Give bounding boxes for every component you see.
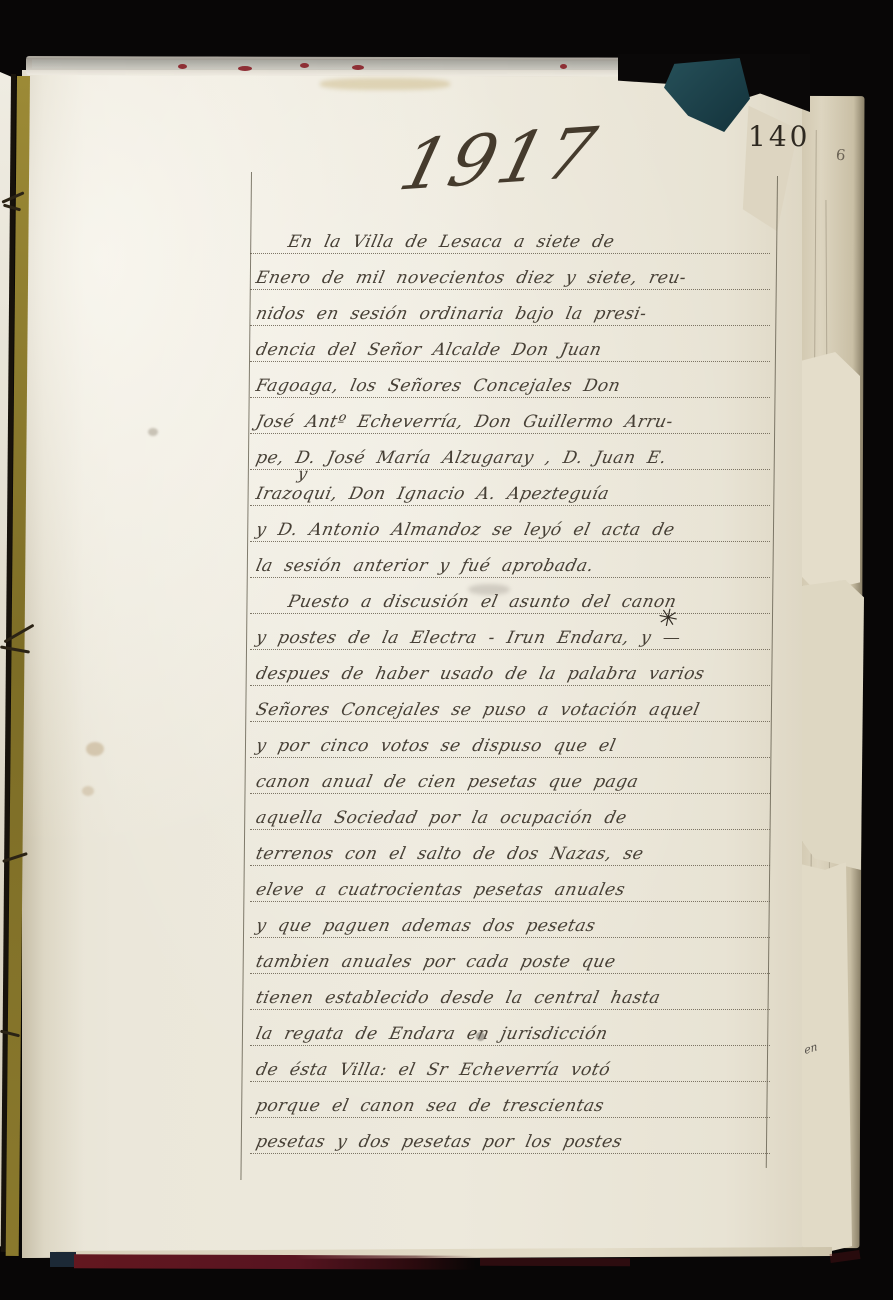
- handwritten-text: Señores Concejales se puso a votación aq…: [254, 700, 702, 720]
- manuscript-line: nidos en sesión ordinaria bajo la presi-: [250, 290, 770, 326]
- paper-stain: [148, 428, 158, 436]
- manuscript-line: José Antº Echeverría, Don Guillermo Arru…: [250, 398, 770, 434]
- paper-stain: [82, 786, 94, 796]
- cover-corner-navy: [50, 1252, 76, 1267]
- handwritten-text: tienen establecido desde la central hast…: [254, 988, 662, 1008]
- manuscript-line: Enero de mil novecientos diez y siete, r…: [250, 254, 770, 290]
- cover-edge-maroon: [830, 1250, 861, 1263]
- photo-backdrop: 140 1917 En la Villa de Lesaca a siete d…: [0, 0, 893, 1300]
- ink-smudge: [468, 584, 510, 595]
- manuscript-line: eleve a cuatrocientas pesetas anuales: [250, 866, 770, 902]
- handwritten-text: Puesto a discusión el asunto del canon: [286, 592, 678, 612]
- handwritten-text: aquella Sociedad por la ocupación de: [254, 808, 629, 828]
- cover-red-speck: [178, 64, 187, 69]
- handwritten-text: la sesión anterior y fué aprobada.: [254, 556, 596, 576]
- cover-red-speck: [300, 63, 309, 68]
- folio-number: 140: [748, 120, 810, 153]
- manuscript-text-block: En la Villa de Lesaca a siete de Enero d…: [250, 218, 770, 1154]
- handwritten-text: nidos en sesión ordinaria bajo la presi-: [254, 304, 649, 324]
- handwritten-text: la regata de Endara en jurisdicción: [254, 1024, 610, 1044]
- manuscript-line: terrenos con el salto de dos Nazas, se: [250, 830, 770, 866]
- handwritten-text: En la Villa de Lesaca a siete de: [286, 232, 616, 252]
- manuscript-line: la regata de Endara en jurisdicción: [250, 1010, 770, 1046]
- manuscript-line: pesetas y dos pesetas por los postes: [250, 1118, 770, 1154]
- cover-red-speck: [238, 66, 252, 71]
- handwritten-text: despues de haber usado de la palabra var…: [254, 664, 706, 684]
- manuscript-line: porque el canon sea de trescientas: [250, 1082, 770, 1118]
- handwritten-text: José Antº Echeverría, Don Guillermo Arru…: [254, 412, 675, 432]
- handwritten-text: Irazoqui, Don Ignacio A. Apezteguía: [254, 484, 611, 504]
- page-edge-tab: [802, 580, 864, 870]
- cover-edge-maroon: [480, 1258, 630, 1267]
- cover-edge-maroon: [74, 1254, 476, 1269]
- page-edge-tab: [798, 352, 860, 592]
- handwritten-text: Fagoaga, los Señores Concejales Don: [254, 376, 622, 396]
- manuscript-line: y que paguen ademas dos pesetas: [250, 902, 770, 938]
- handwritten-text: pesetas y dos pesetas por los postes: [254, 1132, 624, 1152]
- manuscript-line: aquella Sociedad por la ocupación de: [250, 794, 770, 830]
- handwritten-text: y por cinco votos se dispuso que el: [254, 736, 618, 756]
- manuscript-line: despues de haber usado de la palabra var…: [250, 650, 770, 686]
- manuscript-line: Irazoqui, Don Ignacio A. Apezteguía: [250, 470, 770, 506]
- manuscript-line: pe, D. José María Alzugaray , D. Juan E.: [250, 434, 770, 470]
- handwritten-text: pe, D. José María Alzugaray , D. Juan E.: [254, 448, 668, 468]
- manuscript-line: tambien anuales por cada poste que: [250, 938, 770, 974]
- handwritten-text: eleve a cuatrocientas pesetas anuales: [254, 880, 627, 900]
- edge-page-digit: 6: [835, 145, 848, 164]
- manuscript-line: y D. Antonio Almandoz se leyó el acta de: [250, 506, 770, 542]
- manuscript-line: dencia del Señor Alcalde Don Juan: [250, 326, 770, 362]
- manuscript-line: de ésta Villa: el Sr Echeverría votó: [250, 1046, 770, 1082]
- manuscript-line: tienen establecido desde la central hast…: [250, 974, 770, 1010]
- handwritten-text: y D. Antonio Almandoz se leyó el acta de: [254, 520, 677, 540]
- handwritten-text: dencia del Señor Alcalde Don Juan: [254, 340, 604, 360]
- handwritten-text: de ésta Villa: el Sr Echeverría votó: [254, 1060, 612, 1080]
- manuscript-line: Fagoaga, los Señores Concejales Don: [250, 362, 770, 398]
- handwritten-text: porque el canon sea de trescientas: [254, 1096, 606, 1116]
- paper-stain: [476, 1032, 485, 1041]
- cover-red-speck: [352, 65, 364, 70]
- manuscript-line: y postes de la Electra - Irun Endara, y …: [250, 614, 770, 650]
- handwritten-text: Enero de mil novecientos diez y siete, r…: [254, 268, 688, 288]
- manuscript-line: y por cinco votos se dispuso que el: [250, 722, 770, 758]
- year-heading: 1917: [392, 111, 607, 206]
- handwritten-text: tambien anuales por cada poste que: [254, 952, 618, 972]
- cover-red-speck: [560, 64, 567, 69]
- paper-stain: [320, 78, 450, 90]
- manuscript-line: Puesto a discusión el asunto del canon: [250, 578, 770, 614]
- handwritten-text: terrenos con el salto de dos Nazas, se: [254, 844, 646, 864]
- paper-stain: [86, 742, 104, 756]
- manuscript-line: canon anual de cien pesetas que paga: [250, 758, 770, 794]
- handwritten-text: canon anual de cien pesetas que paga: [254, 772, 640, 792]
- handwritten-text: y que paguen ademas dos pesetas: [254, 916, 597, 936]
- manuscript-line: En la Villa de Lesaca a siete de: [250, 218, 770, 254]
- manuscript-line: la sesión anterior y fué aprobada.: [250, 542, 770, 578]
- handwritten-text: y postes de la Electra - Irun Endara, y …: [254, 628, 683, 648]
- manuscript-line: Señores Concejales se puso a votación aq…: [250, 686, 770, 722]
